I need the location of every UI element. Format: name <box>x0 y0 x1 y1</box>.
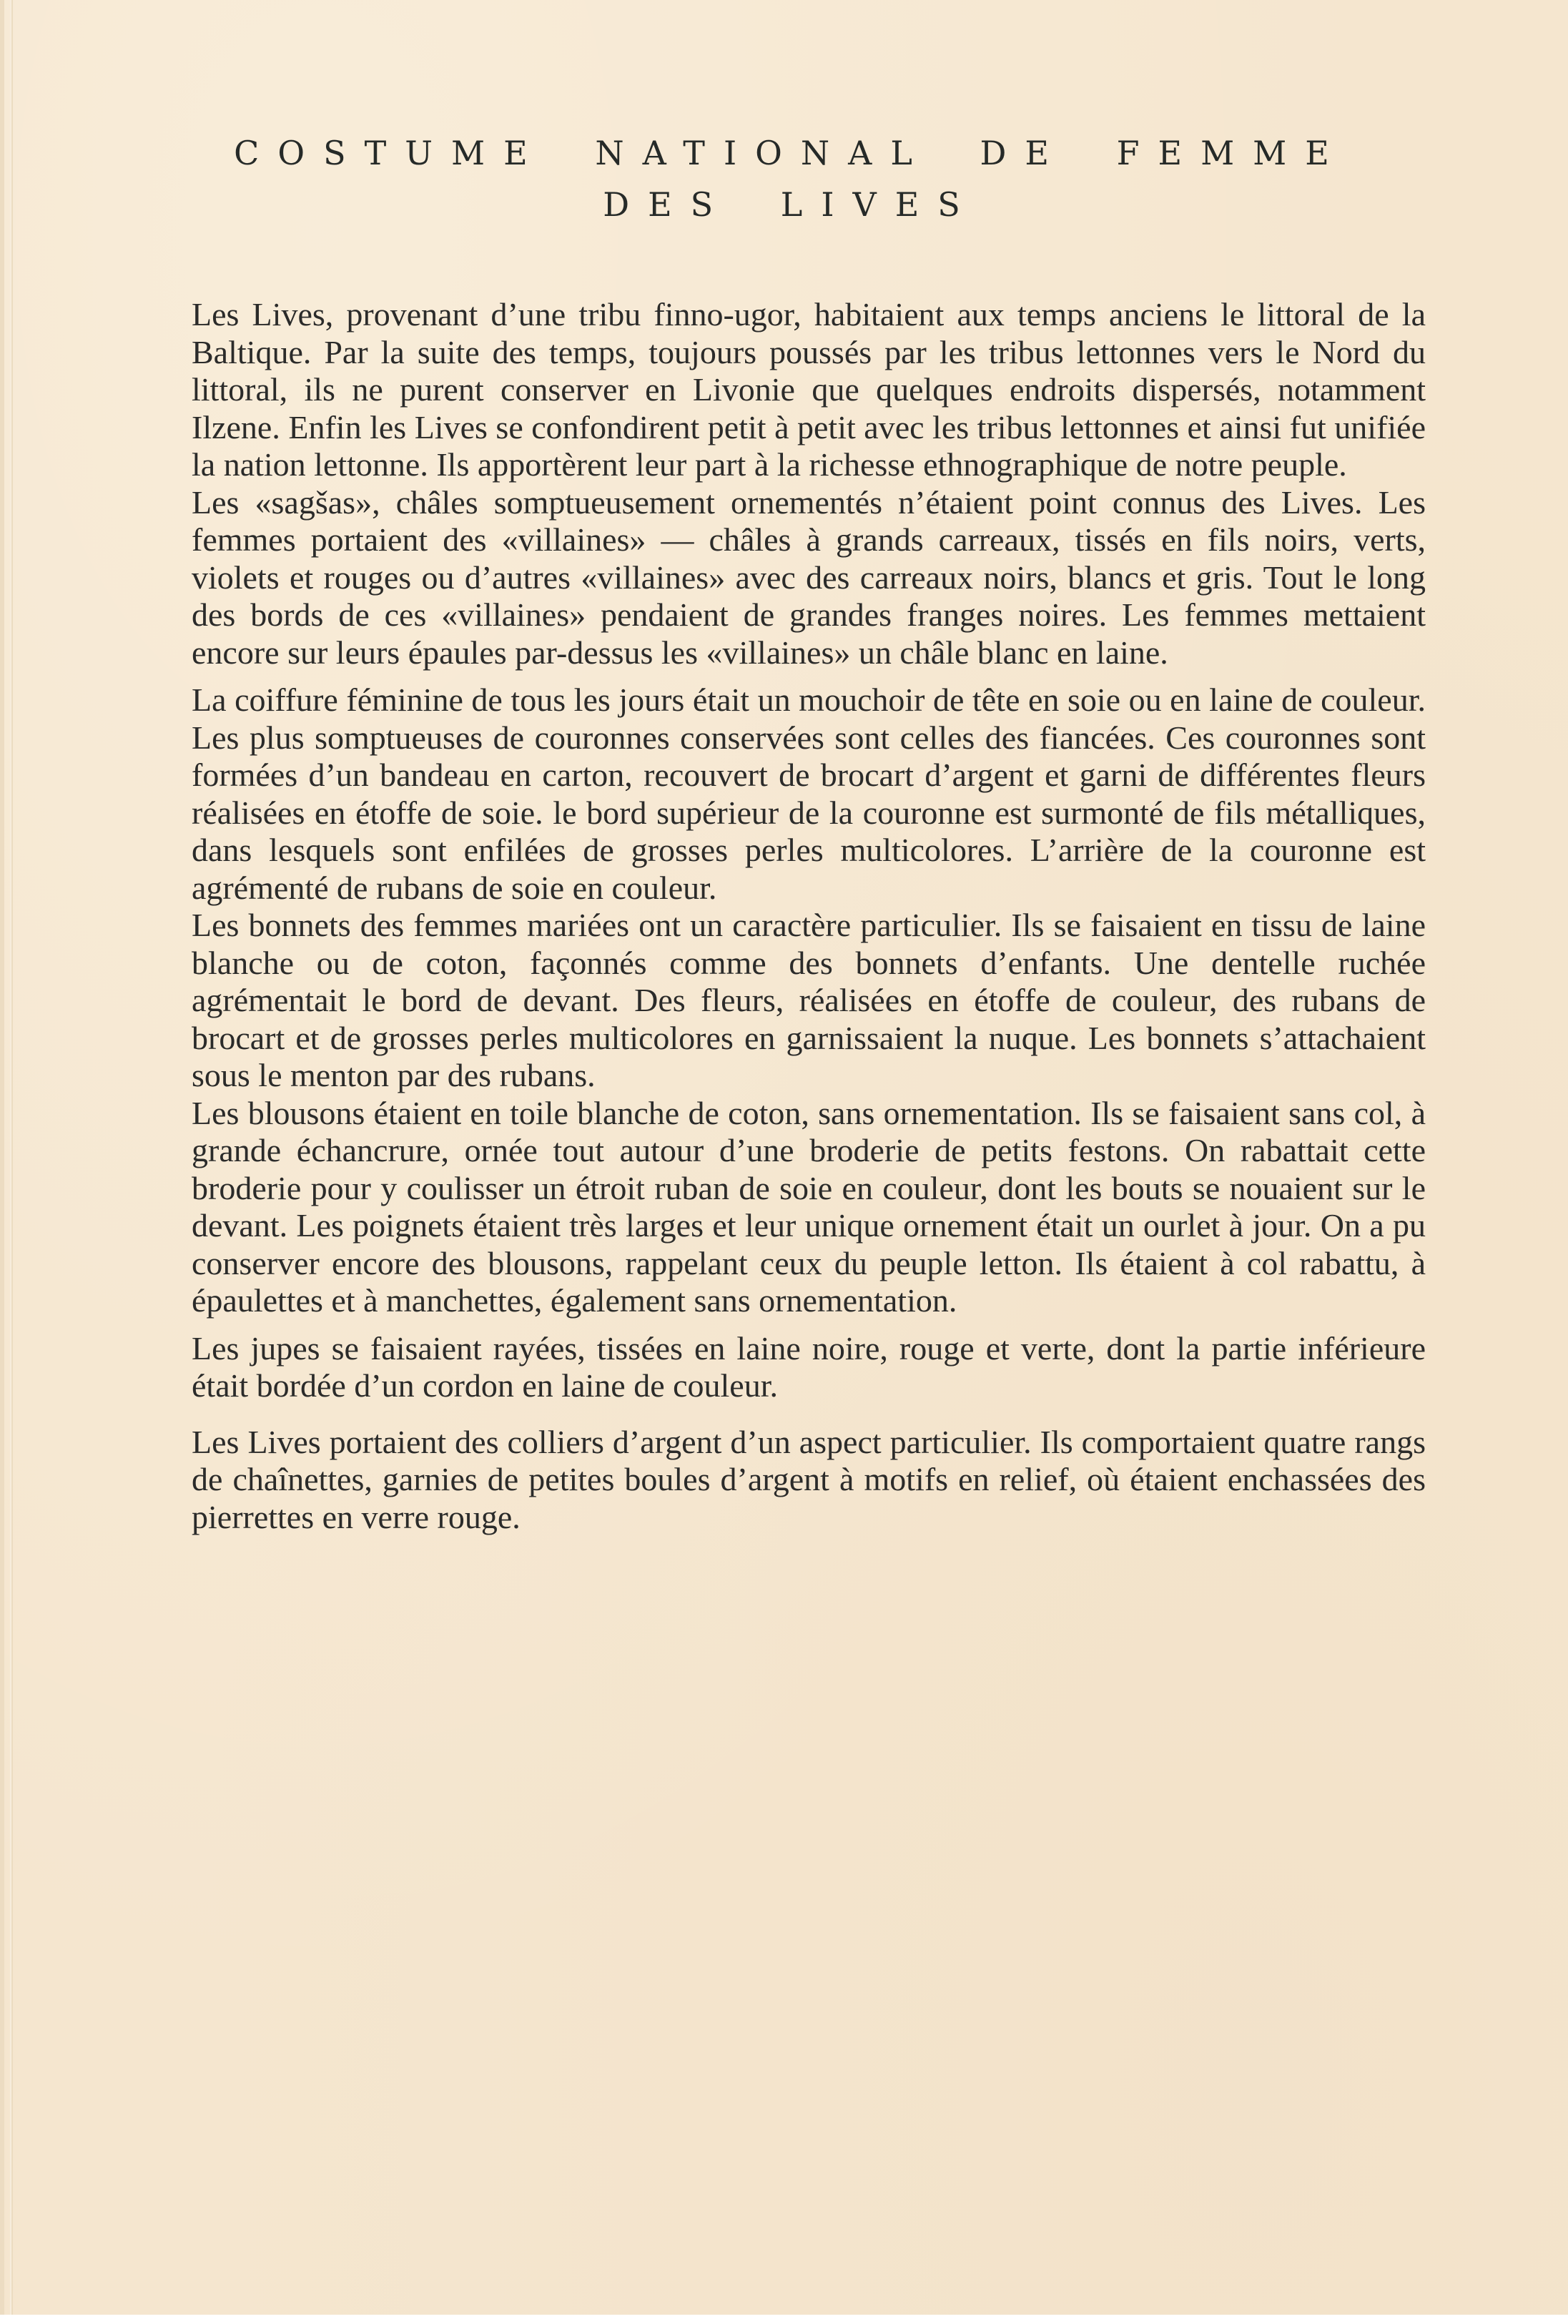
title-line-1: COSTUME NATIONAL DE FEMME <box>183 127 1399 179</box>
paragraph-necklaces: Les Lives portaient des colliers d’argen… <box>192 1424 1426 1537</box>
paragraph-skirts: Les jupes se faisaient rayées, tissées e… <box>192 1330 1426 1405</box>
paragraph-blouses: Les blousons étaient en toile blanche de… <box>192 1095 1426 1320</box>
article-body: Les Lives, provenant d’une tribu finno-u… <box>192 296 1426 1536</box>
paragraph-shawls: Les «sagšas», châles somptueusement orne… <box>192 484 1426 672</box>
paragraph-intro: Les Lives, provenant d’une tribu finno-u… <box>192 296 1426 484</box>
page-binding-edge <box>10 0 13 2315</box>
page-title: COSTUME NATIONAL DE FEMME DES LIVES <box>183 127 1399 230</box>
paragraph-headdress: La coiffure féminine de tous les jours é… <box>192 681 1426 907</box>
scanned-page: COSTUME NATIONAL DE FEMME DES LIVES Les … <box>0 0 1568 2315</box>
paragraph-bonnets: Les bonnets des femmes mariées ont un ca… <box>192 907 1426 1095</box>
title-line-2: DES LIVES <box>183 179 1399 230</box>
